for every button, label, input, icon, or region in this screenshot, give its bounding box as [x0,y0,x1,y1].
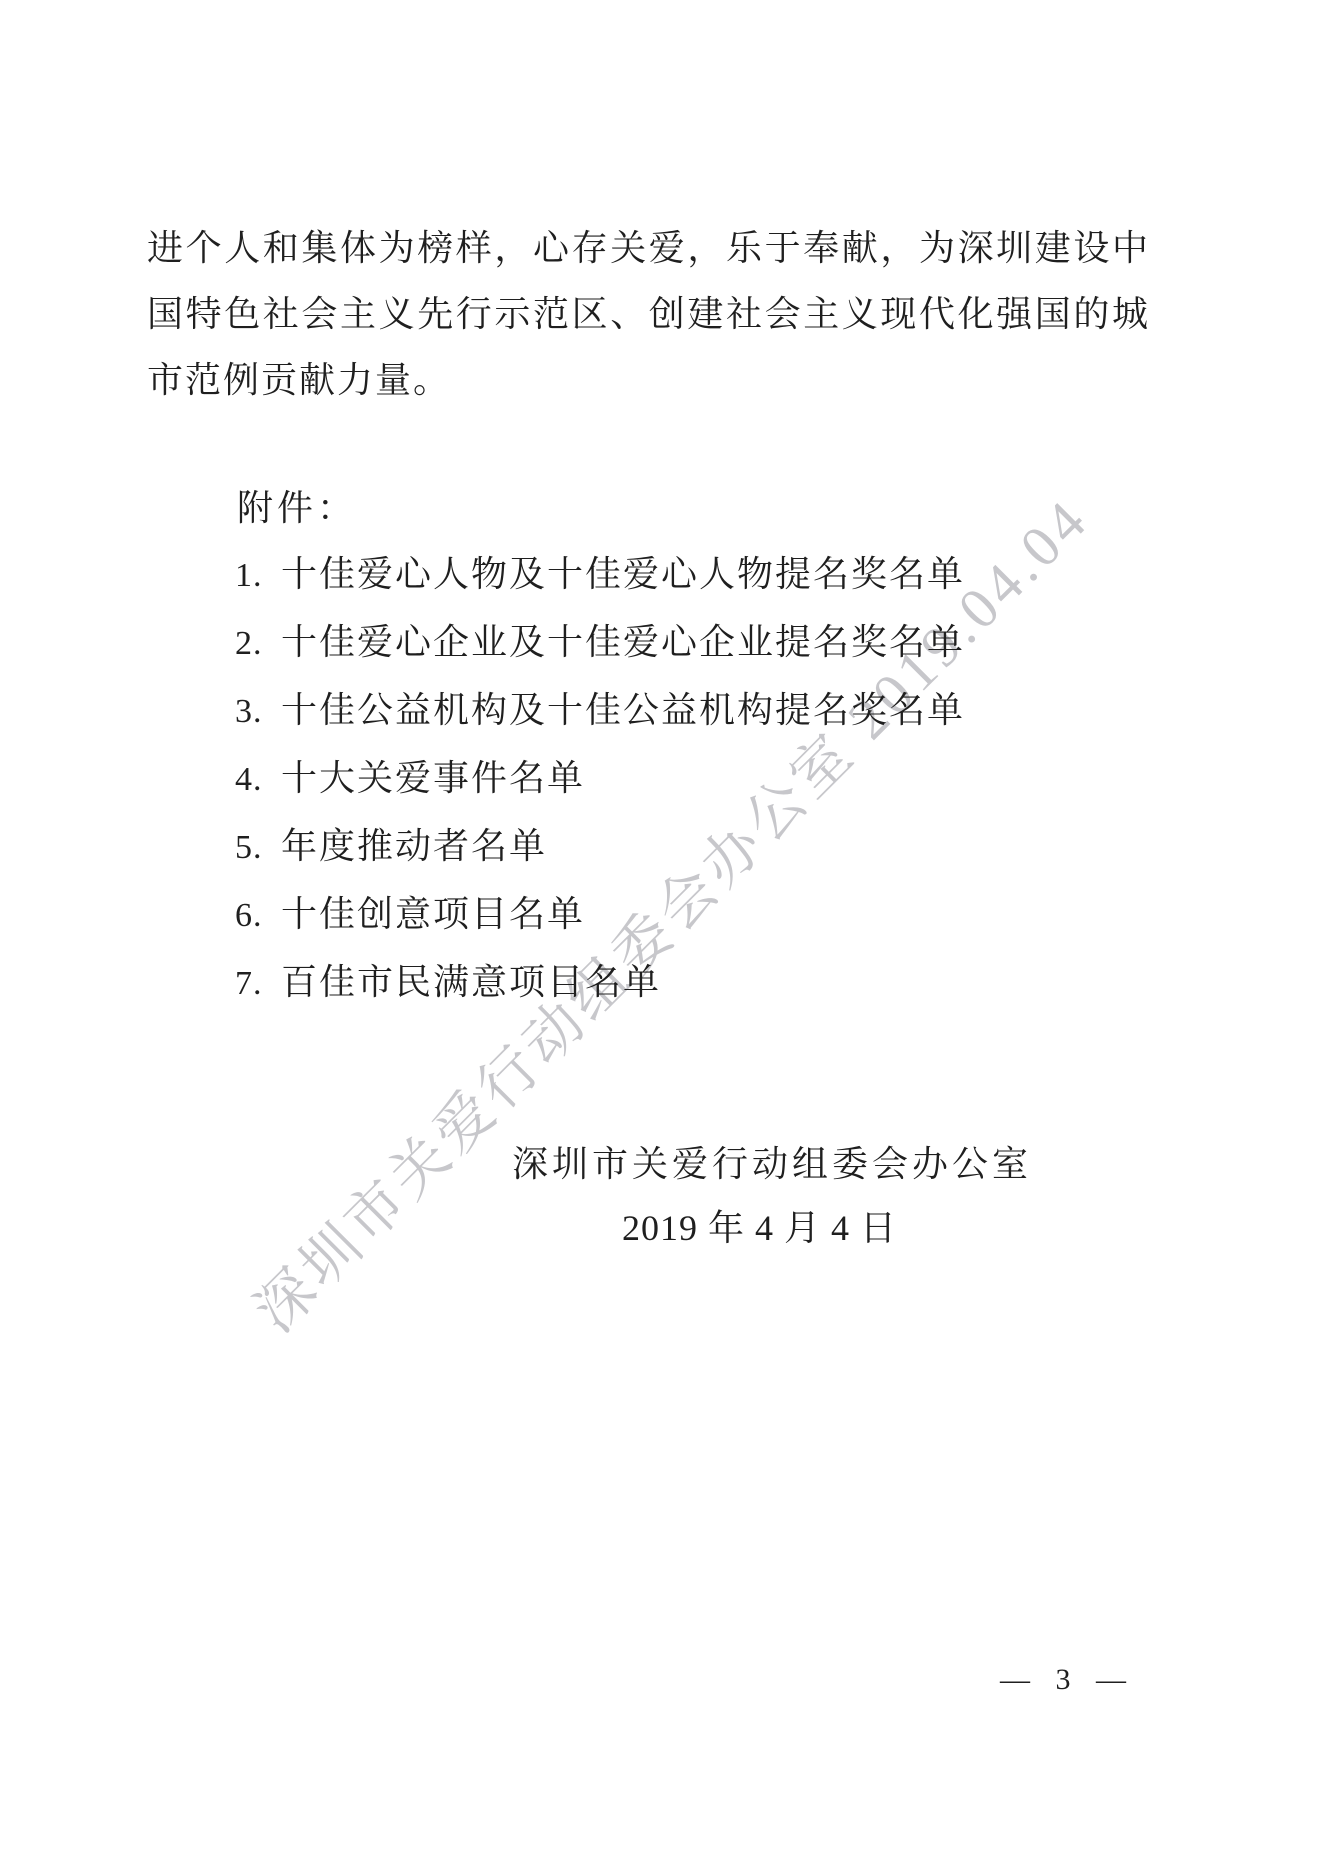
item-number: 1. [235,543,281,609]
item-number: 4. [235,747,281,813]
paragraph-line-2: 国特色社会主义先行示范区、创建社会主义现代化强国的城 [147,281,1150,347]
attachments-label: 附件： [237,475,1150,541]
item-text: 十大关爱事件名单 [281,745,585,811]
item-number: 3. [235,679,281,745]
page-number: — 3 — [1000,1662,1126,1698]
em-dash-left: — [1000,1662,1030,1698]
attachments-section: 附件： 1. 十佳爱心人物及十佳爱心人物提名奖名单 2. 十佳爱心企业及十佳爱心… [147,475,1150,1017]
attachment-item-5: 5. 年度推动者名单 [235,813,1150,881]
document-page: 深圳市关爱行动组委会办公室 2019.04.04 进个人和集体为榜样，心存关爱，… [0,0,1323,1871]
attachment-item-2: 2. 十佳爱心企业及十佳爱心企业提名奖名单 [235,609,1150,677]
attachment-item-4: 4. 十大关爱事件名单 [235,745,1150,813]
signature-date: 2019 年 4 月 4 日 [622,1204,897,1252]
item-number: 7. [235,951,281,1017]
item-text: 百佳市民满意项目名单 [281,949,661,1015]
paragraph-line-1: 进个人和集体为榜样，心存关爱，乐于奉献，为深圳建设中 [147,215,1150,281]
signature-org: 深圳市关爱行动组委会办公室 [512,1140,1032,1188]
item-text: 年度推动者名单 [281,813,547,879]
item-text: 十佳爱心企业及十佳爱心企业提名奖名单 [281,609,965,675]
attachment-item-7: 7. 百佳市民满意项目名单 [235,949,1150,1017]
item-number: 2. [235,611,281,677]
attachment-item-3: 3. 十佳公益机构及十佳公益机构提名奖名单 [235,677,1150,745]
body-text: 进个人和集体为榜样，心存关爱，乐于奉献，为深圳建设中 国特色社会主义先行示范区、… [147,215,1150,1017]
item-text: 十佳爱心人物及十佳爱心人物提名奖名单 [281,541,965,607]
item-text: 十佳创意项目名单 [281,881,585,947]
paragraph-line-3: 市范例贡献力量。 [147,347,1150,413]
item-text: 十佳公益机构及十佳公益机构提名奖名单 [281,677,965,743]
attachment-item-6: 6. 十佳创意项目名单 [235,881,1150,949]
attachment-item-1: 1. 十佳爱心人物及十佳爱心人物提名奖名单 [235,541,1150,609]
page-number-value: 3 [1056,1662,1071,1698]
em-dash-right: — [1096,1662,1126,1698]
item-number: 5. [235,815,281,881]
item-number: 6. [235,883,281,949]
